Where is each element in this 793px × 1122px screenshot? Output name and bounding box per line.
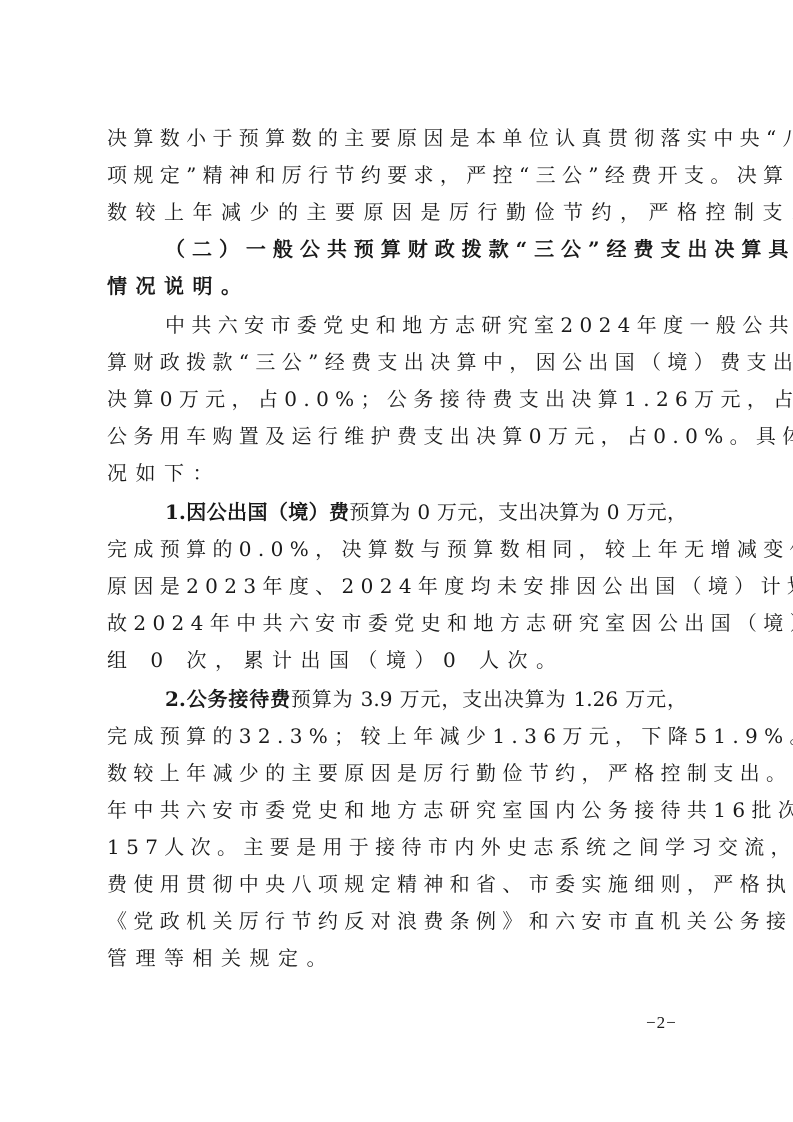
paragraph-line: 原 因 是 2 0 2 3 年 度 、 2 0 2 4 年 度 均 未 安 排 … bbox=[107, 571, 687, 601]
item-2-lead: 2.公务接待费 bbox=[165, 687, 291, 711]
paragraph-line: 费 使 用 贯 彻 中 央 八 项 规 定 精 神 和 省 、 市 委 实 施 … bbox=[107, 869, 687, 899]
paragraph-line: 决 算 数 小 于 预 算 数 的 主 要 原 因 是 本 单 位 认 真 贯 … bbox=[107, 123, 687, 153]
item-1-text: 预算为 0 万元，支出决算为 0 万元， bbox=[349, 500, 687, 524]
paragraph-line: 1 5 7 人 次 。 主 要 是 用 于 接 待 市 内 外 史 志 系 统 … bbox=[107, 832, 687, 862]
paragraph-line: 数较上年减少的主要原因是厉行勤俭节约，严格控制支出。 bbox=[107, 197, 687, 227]
paragraph-line: 中 共 六 安 市 委 党 史 和 地 方 志 研 究 室 2 0 2 4 年 … bbox=[165, 310, 687, 340]
paragraph-line: 管理等相关规定。 bbox=[107, 943, 687, 973]
section-heading: （ 二 ） 一 般 公 共 预 算 财 政 拨 款 “ 三 公 ” 经 费 支 … bbox=[165, 234, 687, 264]
paragraph-line: 决 算 0 万 元 ， 占 0 . 0 % ； 公 务 接 待 费 支 出 决 … bbox=[107, 384, 687, 414]
paragraph-line: 年 中 共 六 安 市 委 党 史 和 地 方 志 研 究 室 国 内 公 务 … bbox=[107, 795, 687, 825]
section-heading: 情况说明。 bbox=[107, 271, 687, 301]
paragraph-line: 完 成 预 算 的 3 2 . 3 % ； 较 上 年 减 少 1 . 3 6 … bbox=[107, 721, 687, 751]
paragraph-line: 数 较 上 年 减 少 的 主 要 原 因 是 厉 行 勤 俭 节 约 ， 严 … bbox=[107, 758, 687, 788]
paragraph-line: 公 务 用 车 购 置 及 运 行 维 护 费 支 出 决 算 0 万 元 ， … bbox=[107, 421, 687, 451]
paragraph-line: 组 0 次，累计出国（境）0 人次。 bbox=[107, 645, 687, 675]
document-page: 决 算 数 小 于 预 算 数 的 主 要 原 因 是 本 单 位 认 真 贯 … bbox=[0, 0, 793, 1122]
paragraph-line: 故 2 0 2 4 年 中 共 六 安 市 委 党 史 和 地 方 志 研 究 … bbox=[107, 608, 687, 638]
item-2-text: 预算为 3.9 万元，支出决算为 1.26 万元， bbox=[291, 687, 687, 711]
paragraph-line: 《 党 政 机 关 厉 行 节 约 反 对 浪 费 条 例 》 和 六 安 市 … bbox=[107, 906, 687, 936]
item-1-lead: 1.因公出国（境）费 bbox=[165, 500, 349, 524]
paragraph-line: 况如下： bbox=[107, 458, 687, 488]
item-1-first-line: 1.因公出国（境）费预算为 0 万元，支出决算为 0 万元， bbox=[165, 497, 687, 527]
paragraph-line: 项 规 定 ” 精 神 和 厉 行 节 约 要 求 ， 严 控 “ 三 公 ” … bbox=[107, 160, 687, 190]
paragraph-line: 完 成 预 算 的 0 . 0 % ， 决 算 数 与 预 算 数 相 同 ， … bbox=[107, 534, 687, 564]
item-2-first-line: 2.公务接待费预算为 3.9 万元，支出决算为 1.26 万元， bbox=[165, 684, 687, 714]
paragraph-line: 算 财 政 拨 款 “ 三 公 ” 经 费 支 出 决 算 中 ， 因 公 出 … bbox=[107, 347, 687, 377]
page-number: −2− bbox=[646, 1013, 677, 1033]
